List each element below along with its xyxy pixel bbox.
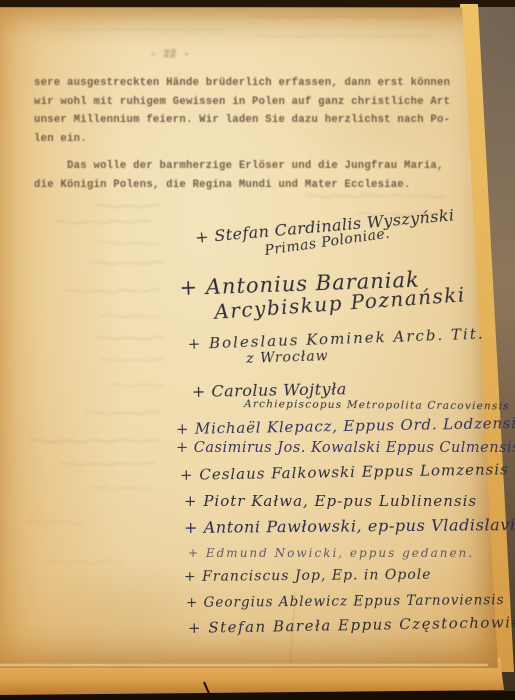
signature-name: + Edmund Nowicki, eppus gedanen. bbox=[188, 546, 474, 560]
signature-name: + Franciscus Jop, Ep. in Opole bbox=[184, 567, 432, 585]
signature-name: + Georgius Ablewicz Eppus Tarnoviensis bbox=[186, 592, 505, 611]
page-number: - 22 - bbox=[150, 48, 190, 62]
typed-text-block: sere ausgestreckten Hände brüderlich erf… bbox=[34, 74, 464, 204]
signature-line: + Casimirus Jos. Kowalski Eppus Culmensi… bbox=[176, 440, 515, 457]
typed-line: wir wohl mit ruhigem Gewissen in Polen a… bbox=[34, 93, 464, 112]
signature-name: + Antoni Pawłowski, ep-pus Vladislaviens… bbox=[184, 515, 515, 537]
typed-line: len ein. bbox=[34, 130, 464, 149]
signature-line: + Georgius Ablewicz Eppus Tarnoviensis bbox=[186, 592, 515, 611]
signature-name: + Stefan Bareła Eppus Częstochowiensis bbox=[188, 612, 515, 636]
signature-name: + Ceslaus Falkowski Eppus Lomzensis bbox=[180, 460, 509, 484]
signature-line: + Antonius BaraniakArcybiskup Poznański bbox=[179, 264, 515, 325]
signature-name: + Piotr Kałwa, Ep-pus Lublinensis bbox=[184, 492, 477, 510]
signature-title: Archiepiscopus Metropolita Cracoviensis bbox=[244, 398, 515, 413]
signature-line: + Franciscus Jop, Ep. in Opole bbox=[184, 566, 515, 586]
typed-line: sere ausgestreckten Hände brüderlich erf… bbox=[34, 74, 464, 93]
signature-line: + Piotr Kałwa, Ep-pus Lublinensis bbox=[184, 492, 515, 510]
signature-line: + Michaël Klepacz, Eppus Ord. Lodzensis bbox=[176, 414, 515, 438]
signature-line: + Ceslaus Falkowski Eppus Lomzensis bbox=[180, 460, 515, 484]
typed-line: die Königin Polens, die Regina Mundi und… bbox=[34, 176, 464, 195]
page-bottom-edge bbox=[0, 664, 488, 666]
signature-line: + Stefan Bareła Eppus Częstochowiensis bbox=[188, 613, 515, 637]
signature-line: + Boleslaus Kominek Arcb. Tit.z Wrocław bbox=[187, 324, 515, 370]
signature-block: + Stefan Cardinalis WyszyńskiPrimas Polo… bbox=[176, 226, 515, 637]
photo-frame: - 22 - sere ausgestreckten Hände brüderl… bbox=[0, 0, 515, 700]
typed-line: Das wolle der barmherzige Erlöser und di… bbox=[34, 157, 464, 176]
typed-line: unser Millennium feiern. Wir laden Sie d… bbox=[34, 111, 464, 130]
typed-paragraph: sere ausgestreckten Hände brüderlich erf… bbox=[34, 74, 464, 148]
signature-name: + Casimirus Jos. Kowalski Eppus Culmensi… bbox=[176, 440, 515, 456]
signature-line: + Antoni Pawłowski, ep-pus Vladislaviens… bbox=[184, 515, 515, 537]
signature-name: + Michaël Klepacz, Eppus Ord. Lodzensis bbox=[176, 414, 515, 438]
signature-line: + Carolus WojtyłaArchiepiscopus Metropol… bbox=[192, 376, 515, 412]
typed-paragraph: Das wolle der barmherzige Erlöser und di… bbox=[34, 157, 464, 194]
signature-line: + Edmund Nowicki, eppus gedanen. bbox=[188, 546, 515, 560]
